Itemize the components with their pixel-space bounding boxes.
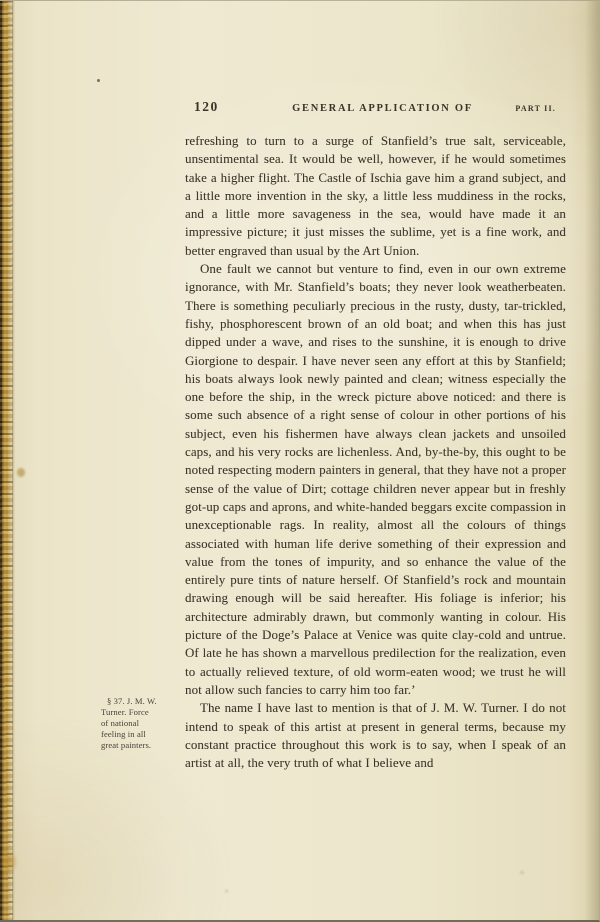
margin-note-section-37: § 37. J. M. W. Turner. Force of national… <box>101 696 180 751</box>
page-number: 120 <box>185 99 219 115</box>
body-text: refreshing to turn to a surge of Stanfie… <box>185 132 566 772</box>
ink-speck <box>97 79 100 82</box>
page-content: 120 GENERAL APPLICATION OF PART II. refr… <box>185 99 566 772</box>
margin-note-line: § 37. J. M. W. <box>101 696 180 707</box>
scanned-book-page: 120 GENERAL APPLICATION OF PART II. refr… <box>0 0 600 922</box>
ink-speck <box>520 871 524 874</box>
margin-note-line: of national <box>101 718 180 729</box>
paragraph-turner-intro: The name I have last to mention is that … <box>185 699 566 772</box>
page-fold-shadow <box>12 1 15 920</box>
margin-note-line: Turner. Force <box>101 707 180 718</box>
turner-section: § 37. J. M. W. Turner. Force of national… <box>185 699 566 772</box>
part-label: PART II. <box>515 104 566 113</box>
ink-speck <box>225 890 228 892</box>
foxing-stain <box>3 853 15 871</box>
margin-note-line: great painters. <box>101 740 180 751</box>
running-title: GENERAL APPLICATION OF <box>292 103 473 114</box>
running-header: 120 GENERAL APPLICATION OF PART II. <box>185 99 566 115</box>
page-right-edge-shade <box>585 1 599 920</box>
foxing-stain <box>17 468 25 477</box>
margin-note-line: feeling in all <box>101 729 180 740</box>
paragraph-stanfield-boats: One fault we cannot but venture to find,… <box>185 260 566 699</box>
paragraph-stanfield-sea: refreshing to turn to a surge of Stanfie… <box>185 132 566 260</box>
